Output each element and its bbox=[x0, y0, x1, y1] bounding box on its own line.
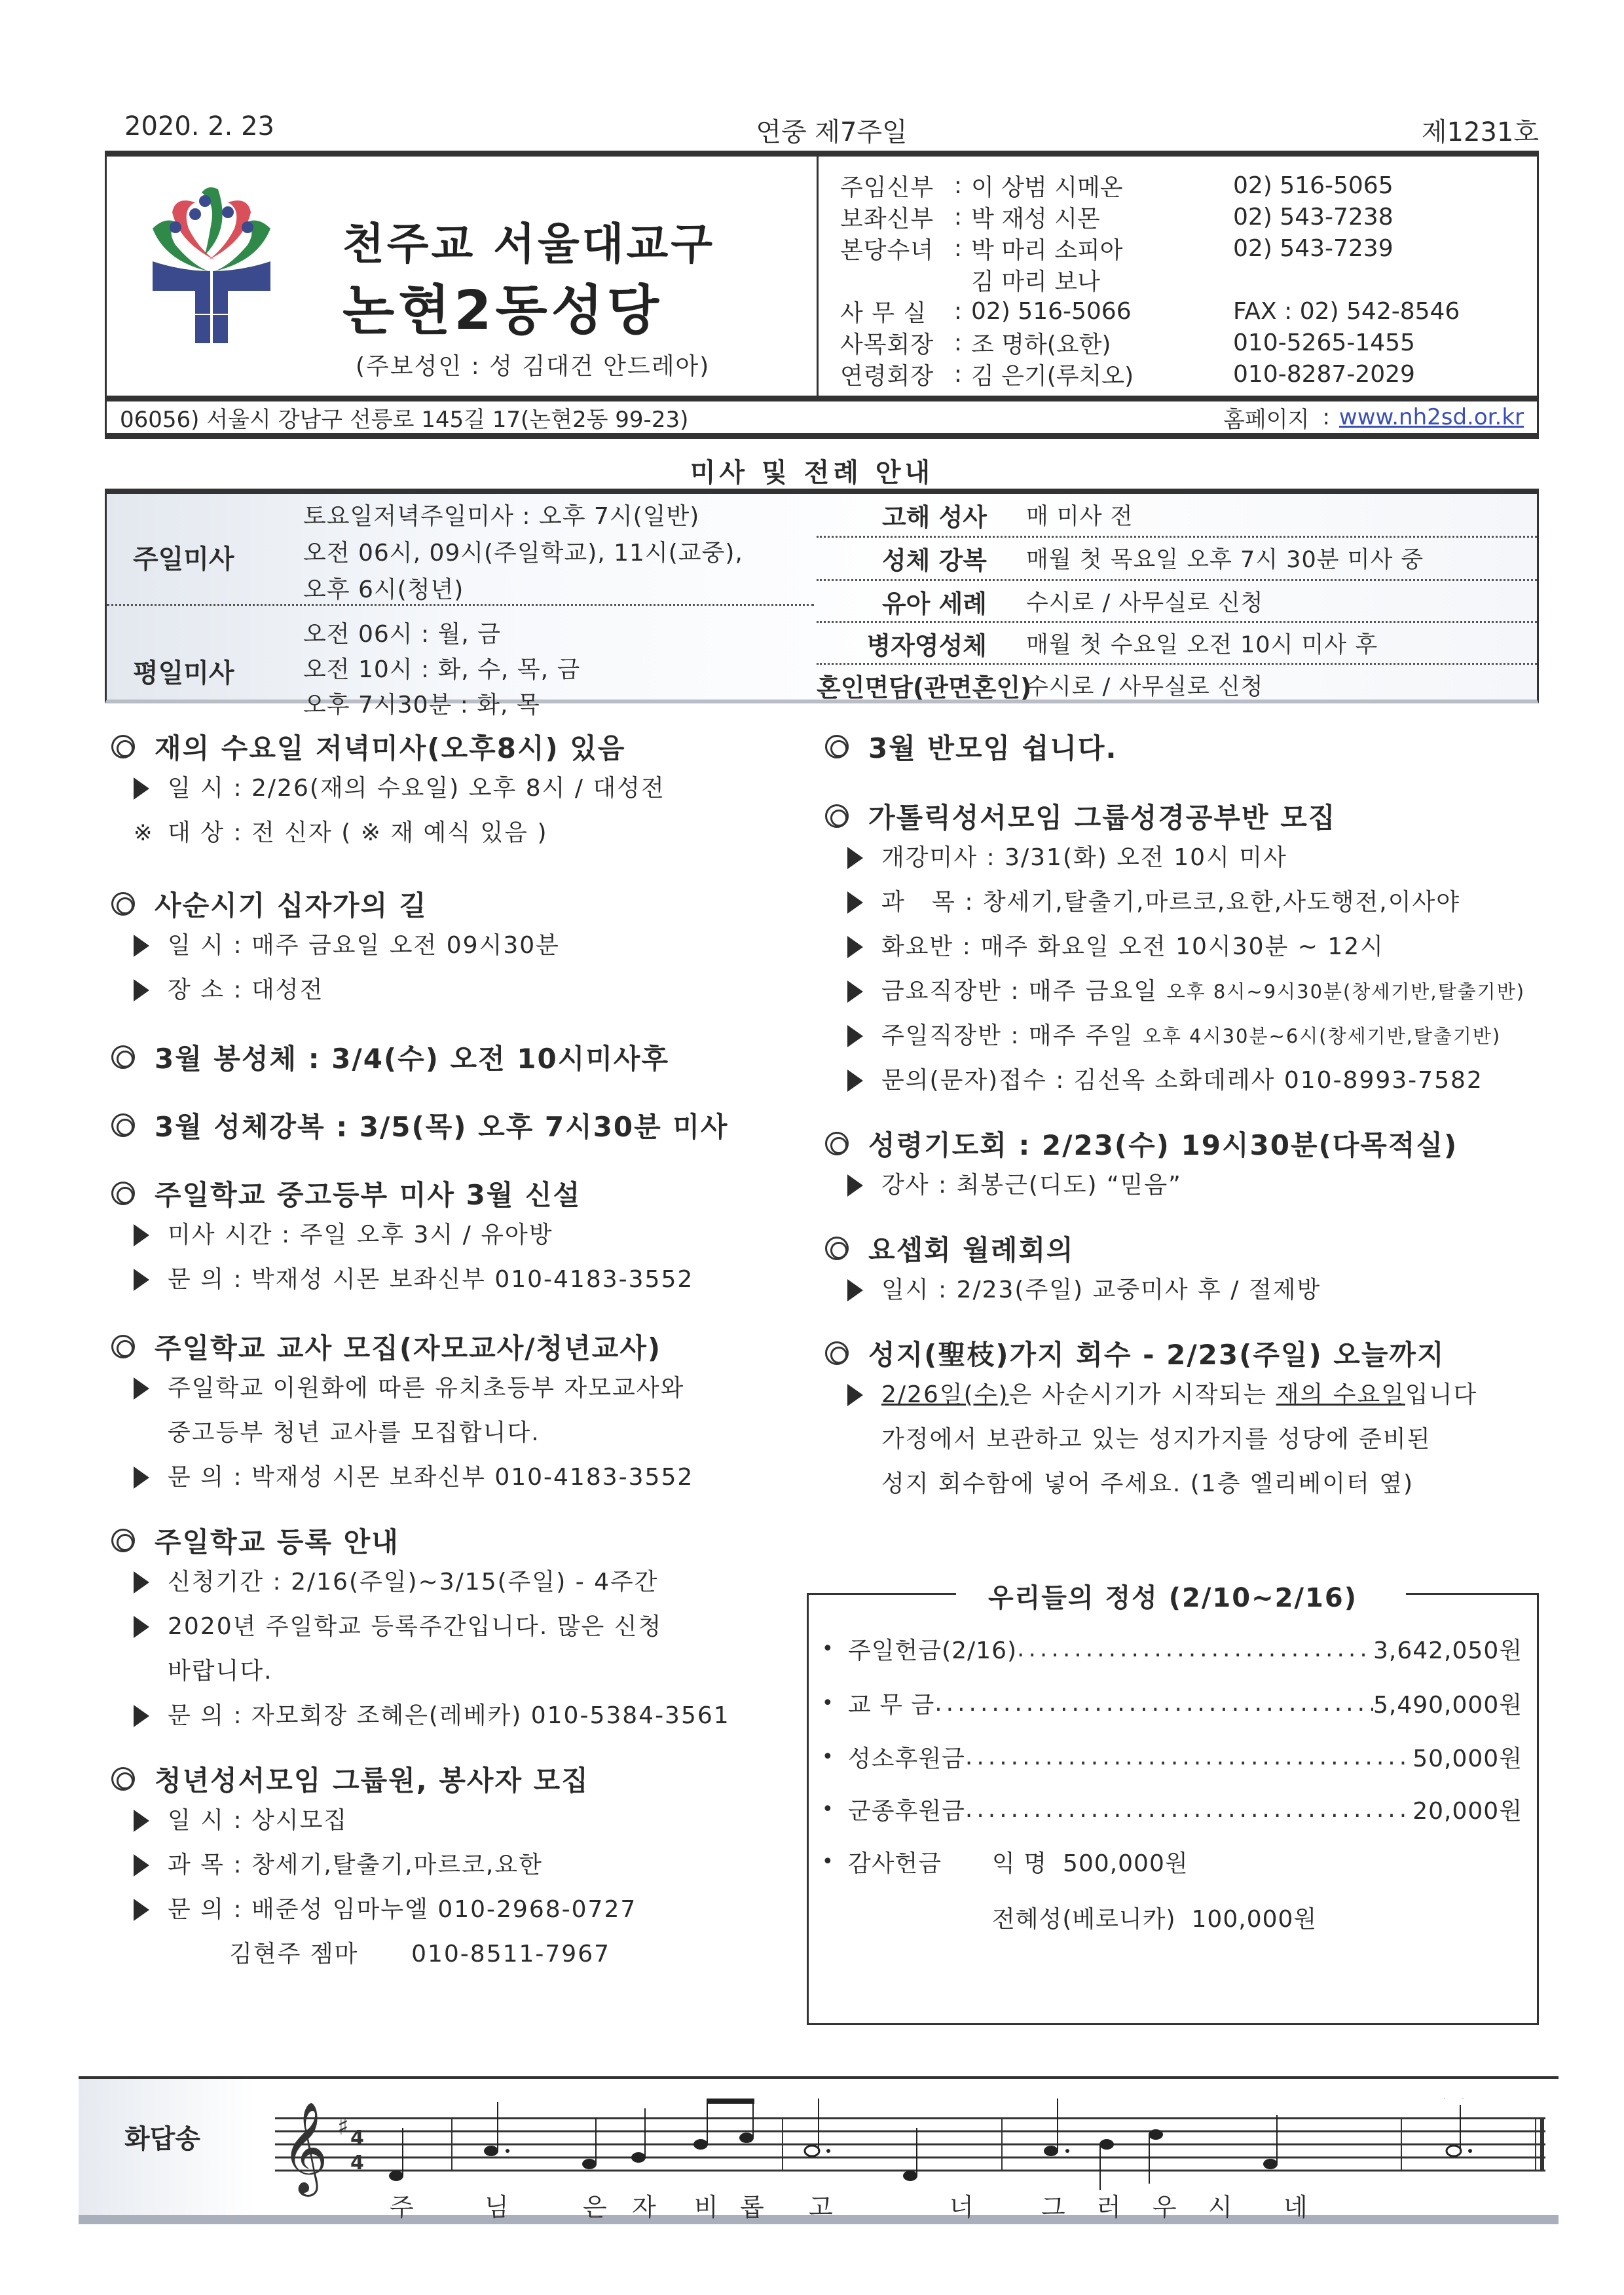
announcement-title-text: 사순시기 십자가의 길 bbox=[155, 884, 427, 924]
offering-amount: 50,000원 bbox=[1412, 1740, 1522, 1774]
announcement-joseph-meeting: 요셉회 월례회의 일시 : 2/23(주일) 교중미사 후 / 절제방 bbox=[825, 1229, 1545, 1313]
announcement-title: 3월 반모임 쉽니다. bbox=[825, 727, 1545, 766]
staff-role: 본당수녀 bbox=[840, 232, 945, 265]
item-text: 일 시 : 상시모집 bbox=[168, 1799, 348, 1843]
announcement-item: 일시 : 2/23(주일) 교중미사 후 / 절제방 bbox=[825, 1268, 1545, 1313]
donor-name: 전혜성(베로니카) bbox=[992, 1901, 1176, 1934]
reference-mark-icon: ※ bbox=[134, 811, 168, 855]
announcement-teacher-recruit: 주일학교 교사 모집(자모교사/청년교사) 주일학교 이원화에 따른 유치초등부… bbox=[111, 1327, 805, 1500]
double-circle-icon bbox=[825, 1132, 849, 1155]
announcement-item: 주일직장반 : 매주 주일 오후 4시30분~6시(창세기반,탈출기반) bbox=[825, 1014, 1545, 1058]
staff-role: 보좌신부 bbox=[840, 200, 945, 234]
sacrament-row: 성체 강복 매월 첫 목요일 오후 7시 30분 미사 중 bbox=[817, 537, 1537, 579]
sacrament-value: 수시로 / 사무실로 신청 bbox=[1020, 669, 1263, 701]
homepage-colon: : bbox=[1322, 404, 1329, 430]
double-circle-icon bbox=[825, 735, 849, 758]
triangle-bullet-icon bbox=[134, 1466, 149, 1489]
issue-number: 제1231호 bbox=[1422, 111, 1539, 149]
office-phone: 02) 516-5066 bbox=[971, 298, 1233, 325]
item-text: 문 의 : 자모회장 조혜은(레베카) 010-5384-3561 bbox=[168, 1694, 730, 1738]
triangle-bullet-icon bbox=[847, 891, 863, 914]
double-circle-icon bbox=[111, 1529, 135, 1552]
lyric-syllable: 비 bbox=[694, 2187, 718, 2223]
announcement-item: 신청기간 : 2/16(주일)~3/15(주일) - 4주간 bbox=[111, 1560, 805, 1605]
announcement-item: 금요직장반 : 매주 금요일 오후 8시~9시30분(창세기반,탈출기반) bbox=[825, 969, 1545, 1014]
announcement-benediction: 3월 성체강복 : 3/5(목) 오후 7시30분 미사 bbox=[111, 1106, 805, 1145]
staff-row: 사목회장 : 조 명하(요한) 010-5265-1455 bbox=[840, 327, 1534, 358]
announcement-item: 일 시 : 상시모집 bbox=[111, 1799, 805, 1843]
announcement-title-text: 주일학교 교사 모집(자모교사/청년교사) bbox=[155, 1327, 661, 1366]
announcement-title-text: 가톨릭성서모임 그룹성경공부반 모집 bbox=[868, 796, 1336, 836]
bulletin-date: 2020. 2. 23 bbox=[124, 111, 274, 141]
bullet-icon: • bbox=[822, 1637, 848, 1660]
announcement-item: 주일학교 이원화에 따른 유치초등부 자모교사와 bbox=[111, 1366, 805, 1411]
lyric-syllable: 러 bbox=[1097, 2187, 1121, 2223]
item-text: 미사 시간 : 주일 오후 3시 / 유아방 bbox=[168, 1213, 553, 1258]
item-text: 강사 : 최봉근(디도) “믿음” bbox=[881, 1163, 1182, 1208]
diocese-name: 천주교 서울대교구 bbox=[342, 209, 715, 271]
lyric-syllable: 주 bbox=[390, 2187, 414, 2223]
thanks-label: 감사헌금 bbox=[848, 1845, 992, 1878]
church-name: 논현2동성당 bbox=[342, 268, 663, 345]
svg-text:♯: ♯ bbox=[337, 2114, 348, 2140]
staff-name: 김 은기(루치오) bbox=[971, 358, 1233, 391]
item-text: 과 목 : 창세기,탈출기,마르코,요한,사도행전,이사야 bbox=[881, 880, 1460, 925]
triangle-bullet-icon bbox=[847, 1070, 863, 1092]
item-text: 문 의 : 박재성 시몬 보좌신부 010-4183-3552 bbox=[168, 1455, 693, 1500]
announcement-ash-wednesday: 재의 수요일 저녁미사(오후8시) 있음 일 시 : 2/26(재의 수요일) … bbox=[111, 727, 805, 855]
announcement-title: 3월 봉성체 : 3/4(수) 오전 10시미사후 bbox=[111, 1037, 805, 1077]
leader-dots: ........................................… bbox=[1017, 1635, 1373, 1662]
lyric-syllable: 님 bbox=[485, 2187, 509, 2223]
bullet-icon: • bbox=[822, 1850, 848, 1873]
double-circle-icon bbox=[111, 892, 135, 916]
item-text-small: 오후 4시30분~6시(창세기반,탈출기반) bbox=[1143, 1014, 1501, 1058]
announcement-title-text: 성지(聖枝)가지 회수 - 2/23(주일) 오늘까지 bbox=[868, 1334, 1445, 1373]
lyric-syllable: 우 bbox=[1153, 2187, 1177, 2223]
donor-name: 익 명 bbox=[992, 1845, 1047, 1878]
lyric-syllable: 너 bbox=[950, 2187, 974, 2223]
offering-amount: 3,642,050원 bbox=[1373, 1632, 1522, 1666]
bulletin-header: 2020. 2. 23 연중 제7주일 제1231호 bbox=[124, 111, 1539, 151]
double-circle-icon bbox=[825, 804, 849, 828]
lyric-syllable: 그 bbox=[1041, 2187, 1065, 2223]
staff-colon: : bbox=[945, 329, 971, 356]
item-text: 대 상 : 전 신자 ( ※ 재 예식 있음 ) bbox=[168, 811, 548, 855]
staff-colon: : bbox=[945, 172, 971, 199]
announcement-title: 청년성서모임 그룹원, 봉사자 모집 bbox=[111, 1759, 805, 1799]
staff-name: 조 명하(요한) bbox=[971, 326, 1233, 360]
leader-dots: ........................................… bbox=[965, 1744, 1412, 1770]
svg-text:4: 4 bbox=[350, 2152, 364, 2174]
mass-time-line: 오전 06시, 09시(주일학교), 11시(교중), bbox=[303, 534, 743, 568]
offering-label: 주일헌금(2/16) bbox=[848, 1632, 1017, 1666]
announcement-item: 개강미사 : 3/31(화) 오전 10시 미사 bbox=[825, 836, 1545, 880]
lyric-syllable: 네 bbox=[1283, 2187, 1308, 2223]
underlined-ash-wednesday: 재의 수요일 bbox=[1276, 1381, 1405, 1408]
announcement-stations-of-cross: 사순시기 십자가의 길 일 시 : 매주 금요일 오전 09시30분 장 소 :… bbox=[111, 884, 805, 1013]
offering-amount: 5,490,000원 bbox=[1373, 1687, 1522, 1720]
item-continuation: 성지 회수함에 넣어 주세요. (1층 엘리베이터 옆) bbox=[825, 1462, 1545, 1506]
announcement-title: 주일학교 교사 모집(자모교사/청년교사) bbox=[111, 1327, 805, 1366]
item-text: 일시 : 2/23(주일) 교중미사 후 / 절제방 bbox=[881, 1268, 1321, 1313]
item-text: 과 목 : 창세기,탈출기,마르코,요한 bbox=[168, 1843, 543, 1888]
triangle-bullet-icon bbox=[134, 1224, 149, 1246]
staff-name: 박 마리 소피아 bbox=[971, 232, 1233, 265]
announcement-title: 사순시기 십자가의 길 bbox=[111, 884, 805, 924]
thanks-offering-row: • 감사헌금 익 명 500,000원 bbox=[822, 1842, 1522, 1881]
announcement-item: 일 시 : 매주 금요일 오전 09시30분 bbox=[111, 924, 805, 968]
triangle-bullet-icon bbox=[847, 936, 863, 958]
staff-colon: : bbox=[945, 298, 971, 325]
lyric-syllable: 시 bbox=[1208, 2187, 1232, 2223]
mass-time-line: 토요일저녁주일미사 : 오후 7시(일반) bbox=[303, 498, 699, 531]
announcement-item: 문 의 : 박재성 시몬 보좌신부 010-4183-3552 bbox=[111, 1455, 805, 1500]
announcement-title-text: 3월 성체강복 : 3/5(목) 오후 7시30분 미사 bbox=[155, 1106, 728, 1145]
announcement-title: 주일학교 등록 안내 bbox=[111, 1521, 805, 1560]
double-circle-icon bbox=[111, 1335, 135, 1358]
triangle-bullet-icon bbox=[134, 1810, 149, 1832]
announcement-item: 문 의 : 박재성 시몬 보좌신부 010-4183-3552 bbox=[111, 1258, 805, 1302]
announcement-title-text: 주일학교 등록 안내 bbox=[155, 1521, 399, 1560]
offering-row: • 성소후원금 ................................… bbox=[822, 1737, 1522, 1776]
offering-row: • 교 무 금 ................................… bbox=[822, 1683, 1522, 1723]
donor-amount: 100,000원 bbox=[1192, 1901, 1318, 1934]
announcements-right: 3월 반모임 쉽니다. 가톨릭성서모임 그룹성경공부반 모집 개강미사 : 3/… bbox=[825, 727, 1545, 1506]
double-circle-icon bbox=[111, 735, 135, 758]
staff-role: 사 무 실 bbox=[840, 295, 945, 328]
sacrament-label: 성체 강복 bbox=[817, 540, 1020, 576]
announcement-item: 장 소 : 대성전 bbox=[111, 968, 805, 1013]
church-address: 06056) 서울시 강남구 선릉로 145길 17(논현2동 99-23) bbox=[120, 401, 1223, 434]
triangle-bullet-icon bbox=[847, 1384, 863, 1406]
staff-phone: 010-5265-1455 bbox=[1233, 329, 1521, 356]
row-divider bbox=[107, 604, 814, 606]
triangle-bullet-icon bbox=[847, 1174, 863, 1197]
triangle-bullet-icon bbox=[134, 979, 149, 1001]
announcement-title: 성령기도회 : 2/23(수) 19시30분(다목적실) bbox=[825, 1124, 1545, 1163]
announcement-registration: 주일학교 등록 안내 신청기간 : 2/16(주일)~3/15(주일) - 4주… bbox=[111, 1521, 805, 1738]
offering-box: 우리들의 정성 (2/10~2/16) • 주일헌금(2/16) .......… bbox=[807, 1593, 1539, 2025]
sacrament-label: 고해 성사 bbox=[817, 497, 1020, 533]
staff-phone: 02) 543-7238 bbox=[1233, 204, 1521, 231]
sacrament-row: 고해 성사 매 미사 전 bbox=[817, 494, 1537, 536]
triangle-bullet-icon bbox=[847, 1025, 863, 1047]
mass-section-title: 미사 및 전례 안내 bbox=[0, 452, 1624, 489]
donor-amount: 500,000원 bbox=[1063, 1845, 1189, 1878]
announcement-bible-study: 가톨릭성서모임 그룹성경공부반 모집 개강미사 : 3/31(화) 오전 10시… bbox=[825, 796, 1545, 1103]
staff-colon: : bbox=[945, 204, 971, 231]
announcement-item: 2/26일(수)은 사순시기가 시작되는 재의 수요일입니다 bbox=[825, 1373, 1545, 1417]
bullet-icon: • bbox=[822, 1745, 848, 1768]
item-continuation: 바랍니다. bbox=[111, 1649, 805, 1694]
announcement-young-adult-bible: 청년성서모임 그룹원, 봉사자 모집 일 시 : 상시모집 과 목 : 창세기,… bbox=[111, 1759, 805, 1977]
sacrament-row: 혼인면담(관면혼인) 수시로 / 사무실로 신청 bbox=[817, 664, 1537, 706]
mass-time-line: 오전 06시 : 월, 금 bbox=[303, 616, 501, 649]
responsorial-psalm: 화답송 𝄞 ♯ 4 4 bbox=[79, 2076, 1559, 2224]
staff-name: 김 마리 보나 bbox=[971, 263, 1233, 297]
mass-time-line: 오후 7시30분 : 화, 목 bbox=[303, 686, 540, 720]
announcement-item: 일 시 : 2/26(재의 수요일) 오후 8시 / 대성전 bbox=[111, 766, 805, 811]
mass-schedule-table: 주일미사 토요일저녁주일미사 : 오후 7시(일반) 오전 06시, 09시(주… bbox=[105, 489, 1539, 703]
offering-title: 우리들의 정성 (2/10~2/16) bbox=[809, 1577, 1537, 1614]
announcement-item: ※대 상 : 전 신자 ( ※ 재 예식 있음 ) bbox=[111, 811, 805, 855]
double-circle-icon bbox=[825, 1341, 849, 1365]
announcement-no-group-meeting: 3월 반모임 쉽니다. bbox=[825, 727, 1545, 766]
sacrament-schedule: 고해 성사 매 미사 전 성체 강복 매월 첫 목요일 오후 7시 30분 미사… bbox=[817, 494, 1537, 700]
item-text: 일 시 : 2/26(재의 수요일) 오후 8시 / 대성전 bbox=[168, 766, 665, 811]
triangle-bullet-icon bbox=[134, 1616, 149, 1638]
item-text: 주일학교 이원화에 따른 유치초등부 자모교사와 bbox=[168, 1366, 684, 1411]
announcement-charismatic-prayer: 성령기도회 : 2/23(수) 19시30분(다목적실) 강사 : 최봉근(디도… bbox=[825, 1124, 1545, 1208]
staff-row: 사 무 실 : 02) 516-5066 FAX : 02) 542-8546 bbox=[840, 295, 1534, 327]
triangle-bullet-icon bbox=[134, 1854, 149, 1876]
staff-phone: 02) 516-5065 bbox=[1233, 172, 1521, 199]
lyric-syllable: 자 bbox=[632, 2187, 656, 2223]
staff-role: 주임신부 bbox=[840, 169, 945, 202]
item-text-small: 오후 8시~9시30분(창세기반,탈출기반) bbox=[1167, 969, 1525, 1014]
item-text: 신청기간 : 2/16(주일)~3/15(주일) - 4주간 bbox=[168, 1560, 659, 1605]
mass-times: 주일미사 토요일저녁주일미사 : 오후 7시(일반) 오전 06시, 09시(주… bbox=[107, 494, 814, 700]
triangle-bullet-icon bbox=[847, 980, 863, 1003]
mass-time-line: 오후 6시(청년) bbox=[303, 571, 464, 605]
bullet-icon: • bbox=[822, 1692, 848, 1715]
staff-name: 이 상범 시메온 bbox=[971, 169, 1233, 202]
svg-text:𝄞: 𝄞 bbox=[282, 2102, 328, 2197]
sacrament-value: 매월 첫 수요일 오전 10시 미사 후 bbox=[1020, 627, 1378, 660]
announcement-title: 요셉회 월례회의 bbox=[825, 1229, 1545, 1268]
announcement-item: 문 의 : 배준성 임마누엘 010-2968-0727 bbox=[111, 1888, 805, 1932]
offering-amount: 20,000원 bbox=[1412, 1793, 1522, 1826]
sacrament-label: 혼인면담(관면혼인) bbox=[817, 667, 1020, 703]
staff-list: 주임신부 : 이 상범 시메온 02) 516-5065 보좌신부 : 박 재성… bbox=[840, 170, 1534, 390]
item-text: 2/26일(수)은 사순시기가 시작되는 재의 수요일입니다 bbox=[881, 1373, 1477, 1417]
sacrament-value: 매월 첫 목요일 오후 7시 30분 미사 중 bbox=[1020, 542, 1424, 574]
address-bar: 06056) 서울시 강남구 선릉로 145길 17(논현2동 99-23) 홈… bbox=[105, 396, 1539, 439]
church-logo-icon bbox=[139, 183, 284, 346]
lyric-syllable: 고 bbox=[809, 2187, 833, 2223]
staff-row: 김 마리 보나 bbox=[840, 264, 1534, 295]
offering-label: 성소후원금 bbox=[848, 1740, 965, 1774]
announcement-youth-mass: 주일학교 중고등부 미사 3월 신설 미사 시간 : 주일 오후 3시 / 유아… bbox=[111, 1174, 805, 1302]
item-text: 문 의 : 박재성 시몬 보좌신부 010-4183-3552 bbox=[168, 1258, 693, 1302]
mass-time-line: 오전 10시 : 화, 수, 목, 금 bbox=[303, 651, 580, 684]
item-text-part: 입니다 bbox=[1405, 1381, 1477, 1408]
announcement-item: 화요반 : 매주 화요일 오전 10시30분 ~ 12시 bbox=[825, 925, 1545, 969]
announcement-title-text: 3월 반모임 쉽니다. bbox=[868, 727, 1117, 766]
patron-saint: (주보성인 : 성 김대건 안드레아) bbox=[356, 348, 710, 381]
announcement-palm-collection: 성지(聖枝)가지 회수 - 2/23(주일) 오늘까지 2/26일(수)은 사순… bbox=[825, 1334, 1545, 1506]
announcement-title: 3월 성체강복 : 3/5(목) 오후 7시30분 미사 bbox=[111, 1106, 805, 1145]
staff-role: 사목회장 bbox=[840, 326, 945, 360]
masthead: 천주교 서울대교구 논현2동성당 (주보성인 : 성 김대건 안드레아) 주임신… bbox=[105, 151, 1539, 396]
announcement-item: 문의(문자)접수 : 김선옥 소화데레사 010-8993-7582 bbox=[825, 1058, 1545, 1103]
sacrament-value: 매 미사 전 bbox=[1020, 498, 1134, 531]
offering-row: • 군종후원금 ................................… bbox=[822, 1789, 1522, 1829]
item-continuation: 중고등부 청년 교사를 모집합니다. bbox=[111, 1411, 805, 1455]
offering-label: 교 무 금 bbox=[848, 1687, 934, 1720]
staff-phone: 02) 543-7239 bbox=[1233, 235, 1521, 262]
staff-name: 박 재성 시몬 bbox=[971, 200, 1233, 234]
liturgical-season: 연중 제7주일 bbox=[756, 111, 907, 149]
lyric-syllable: 은 bbox=[583, 2187, 607, 2223]
staff-row: 연령회장 : 김 은기(루치오) 010-8287-2029 bbox=[840, 358, 1534, 390]
staff-row: 보좌신부 : 박 재성 시몬 02) 543-7238 bbox=[840, 201, 1534, 233]
announcement-item: 강사 : 최봉근(디도) “믿음” bbox=[825, 1163, 1545, 1208]
offering-label: 군종후원금 bbox=[848, 1793, 965, 1826]
staff-row: 주임신부 : 이 상범 시메온 02) 516-5065 bbox=[840, 170, 1534, 201]
sacrament-label: 유아 세례 bbox=[817, 584, 1020, 620]
triangle-bullet-icon bbox=[847, 1279, 863, 1301]
homepage-label: 홈페이지 bbox=[1223, 401, 1309, 434]
announcement-title: 가톨릭성서모임 그룹성경공부반 모집 bbox=[825, 796, 1545, 836]
double-circle-icon bbox=[825, 1237, 849, 1260]
staff-colon: : bbox=[945, 361, 971, 388]
triangle-bullet-icon bbox=[134, 935, 149, 957]
item-continuation: 가정에서 보관하고 있는 성지가지를 성당에 준비된 bbox=[825, 1417, 1545, 1462]
item-text: 문 의 : 배준성 임마누엘 010-2968-0727 bbox=[168, 1888, 637, 1932]
item-text: 금요직장반 : 매주 금요일 bbox=[881, 969, 1167, 1014]
announcement-item: 2020년 주일학교 등록주간입니다. 많은 신청 bbox=[111, 1605, 805, 1649]
sunday-mass-group: 주일미사 토요일저녁주일미사 : 오후 7시(일반) 오전 06시, 09시(주… bbox=[107, 494, 814, 612]
announcement-communion-sick: 3월 봉성체 : 3/4(수) 오전 10시미사후 bbox=[111, 1037, 805, 1077]
announcement-item: 문 의 : 자모회장 조혜은(레베카) 010-5384-3561 bbox=[111, 1694, 805, 1738]
announcement-title-text: 3월 봉성체 : 3/4(수) 오전 10시미사후 bbox=[155, 1037, 669, 1077]
triangle-bullet-icon bbox=[134, 1571, 149, 1594]
announcement-item: 과 목 : 창세기,탈출기,마르코,요한,사도행전,이사야 bbox=[825, 880, 1545, 925]
underlined-date: 2/26일(수) bbox=[881, 1381, 1008, 1408]
double-circle-icon bbox=[111, 1045, 135, 1069]
sunday-mass-label: 주일미사 bbox=[133, 538, 234, 576]
staff-colon: : bbox=[945, 235, 971, 262]
double-circle-icon bbox=[111, 1113, 135, 1137]
double-circle-icon bbox=[111, 1767, 135, 1791]
item-text-part: 은 사순시기가 시작되는 bbox=[1008, 1381, 1276, 1408]
triangle-bullet-icon bbox=[847, 847, 863, 869]
announcement-title: 성지(聖枝)가지 회수 - 2/23(주일) 오늘까지 bbox=[825, 1334, 1545, 1373]
announcement-title-text: 주일학교 중고등부 미사 3월 신설 bbox=[155, 1174, 581, 1213]
sacrament-value: 수시로 / 사무실로 신청 bbox=[1020, 585, 1263, 618]
item-continuation: 김현주 젬마 010-8511-7967 bbox=[111, 1932, 805, 1977]
item-text: 문의(문자)접수 : 김선옥 소화데레사 010-8993-7582 bbox=[881, 1058, 1483, 1103]
sacrament-row: 병자영성체 매월 첫 수요일 오전 10시 미사 후 bbox=[817, 622, 1537, 664]
announcement-title-text: 재의 수요일 저녁미사(오후8시) 있음 bbox=[155, 727, 626, 766]
announcement-title-text: 요셉회 월례회의 bbox=[868, 1229, 1075, 1268]
office-fax: FAX : 02) 542-8546 bbox=[1233, 298, 1521, 325]
item-text: 화요반 : 매주 화요일 오전 10시30분 ~ 12시 bbox=[881, 925, 1384, 969]
item-text: 2020년 주일학교 등록주간입니다. 많은 신청 bbox=[168, 1605, 662, 1649]
music-staff-icon: 𝄞 ♯ 4 4 bbox=[275, 2099, 1552, 2197]
announcements-left: 재의 수요일 저녁미사(오후8시) 있음 일 시 : 2/26(재의 수요일) … bbox=[111, 727, 805, 1977]
triangle-bullet-icon bbox=[134, 777, 149, 800]
announcement-title: 재의 수요일 저녁미사(오후8시) 있음 bbox=[111, 727, 805, 766]
bullet-icon: • bbox=[822, 1798, 848, 1821]
staff-row: 본당수녀 : 박 마리 소피아 02) 543-7239 bbox=[840, 233, 1534, 264]
triangle-bullet-icon bbox=[134, 1377, 149, 1400]
sacrament-label: 병자영성체 bbox=[817, 625, 1020, 662]
leader-dots: ........................................… bbox=[934, 1690, 1373, 1717]
leader-dots: ........................................… bbox=[965, 1796, 1412, 1823]
announcement-item: 미사 시간 : 주일 오후 3시 / 유아방 bbox=[111, 1213, 805, 1258]
weekday-mass-label: 평일미사 bbox=[133, 652, 234, 690]
triangle-bullet-icon bbox=[134, 1899, 149, 1921]
announcement-item: 과 목 : 창세기,탈출기,마르코,요한 bbox=[111, 1843, 805, 1888]
homepage-link[interactable]: www.nh2sd.or.kr bbox=[1339, 404, 1524, 430]
svg-text:4: 4 bbox=[350, 2127, 364, 2150]
masthead-divider bbox=[817, 157, 819, 396]
weekday-mass-group: 평일미사 오전 06시 : 월, 금 오전 10시 : 화, 수, 목, 금 오… bbox=[107, 606, 814, 705]
triangle-bullet-icon bbox=[134, 1705, 149, 1727]
staff-role: 연령회장 bbox=[840, 358, 945, 391]
offering-row: • 주일헌금(2/16) ...........................… bbox=[822, 1629, 1522, 1668]
item-text: 개강미사 : 3/31(화) 오전 10시 미사 bbox=[881, 836, 1287, 880]
announcement-title: 주일학교 중고등부 미사 3월 신설 bbox=[111, 1174, 805, 1213]
thanks-offering-row: 전혜성(베로니카) 100,000원 bbox=[822, 1897, 1522, 1937]
announcement-title-text: 청년성서모임 그룹원, 봉사자 모집 bbox=[155, 1759, 589, 1799]
item-text: 주일직장반 : 매주 주일 bbox=[881, 1014, 1143, 1058]
psalm-label: 화답송 bbox=[124, 2118, 200, 2155]
lyric-syllable: 롭 bbox=[740, 2187, 764, 2223]
staff-phone: 010-8287-2029 bbox=[1233, 361, 1521, 388]
sacrament-row: 유아 세례 수시로 / 사무실로 신청 bbox=[817, 580, 1537, 622]
item-text: 일 시 : 매주 금요일 오전 09시30분 bbox=[168, 924, 560, 968]
double-circle-icon bbox=[111, 1182, 135, 1205]
item-text: 장 소 : 대성전 bbox=[168, 968, 323, 1013]
triangle-bullet-icon bbox=[134, 1269, 149, 1291]
announcement-title-text: 성령기도회 : 2/23(수) 19시30분(다목적실) bbox=[868, 1124, 1458, 1163]
